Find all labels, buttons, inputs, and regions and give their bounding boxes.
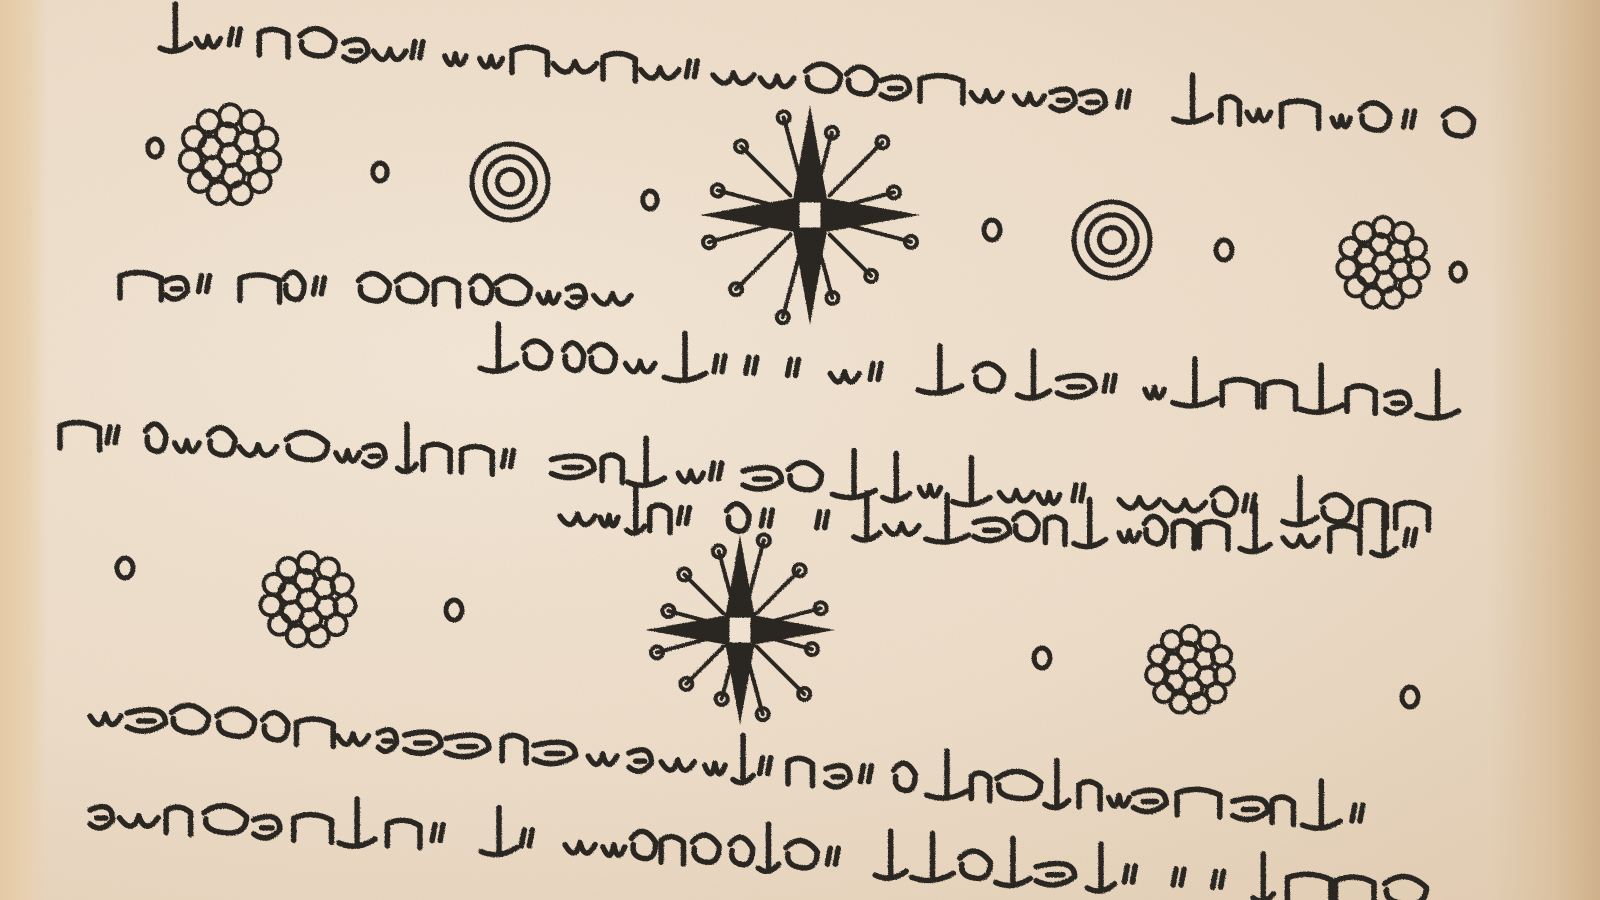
manuscript-artwork bbox=[0, 0, 1600, 900]
manuscript-page: Manuscript page with undeciphered script… bbox=[0, 0, 1600, 900]
